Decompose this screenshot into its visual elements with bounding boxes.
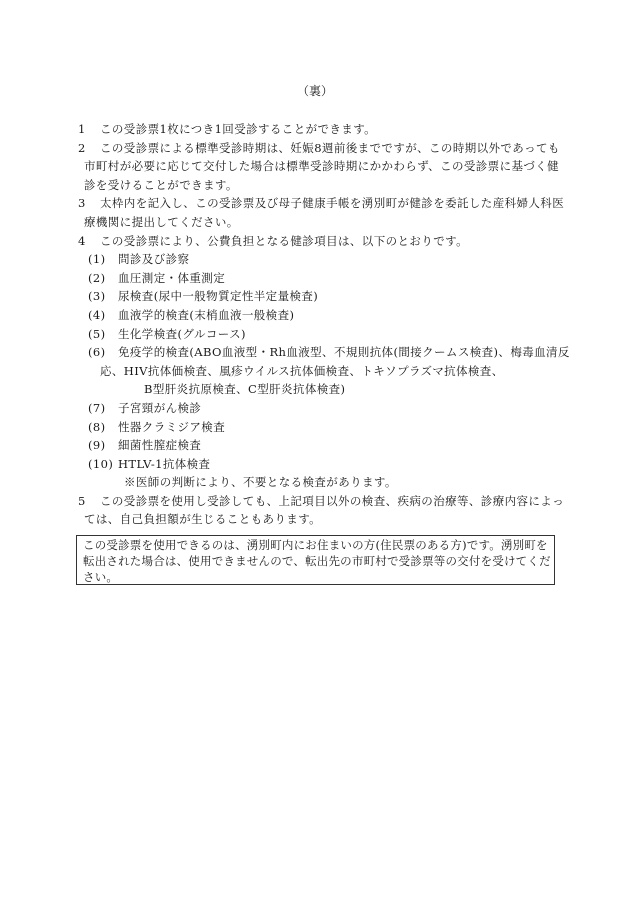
item-1-line-1: 1この受診票1枚につき1回受診することができます。 — [78, 120, 560, 139]
exam-item-number: (9) — [78, 436, 118, 455]
residency-notice-box: この受診票を使用できるのは、湧別町内にお住まいの方(住民票のある方)です。湧別町… — [76, 535, 555, 585]
item-number: 4 — [78, 232, 100, 251]
notice-line-3: さい。 — [83, 569, 548, 585]
item-4-line-1: 4この受診票により、公費負担となる健診項目は、以下のとおりです。 — [78, 232, 560, 251]
exam-item-number: (7) — [78, 399, 118, 418]
item-2-line-1: 2この受診票による標準受診時期は、妊娠8週前後までですが、この時期以外であっても — [78, 139, 560, 158]
notice-line-1: この受診票を使用できるのは、湧別町内にお住まいの方(住民票のある方)です。湧別町… — [83, 537, 548, 553]
item-text: この受診票による標準受診時期は、妊娠8週前後までですが、この時期以外であっても — [100, 141, 560, 155]
exam-item-6-line-3: B型肝炎抗原検査、C型肝炎抗体検査) — [78, 380, 560, 399]
item-text: この受診票を使用し受診しても、上記項目以外の検査、疾病の治療等、診療内容によっ — [100, 494, 564, 508]
exam-item-text: 問診及び診察 — [118, 252, 189, 266]
item-3-line-1: 3太枠内を記入し、この受診票及び母子健康手帳を湧別町が健診を委託した産科婦人科医 — [78, 194, 560, 213]
exam-item-number: (3) — [78, 287, 118, 306]
item-3-line-2: 療機関に提出してください。 — [78, 213, 560, 232]
exam-item-number: (8) — [78, 418, 118, 437]
item-number: 5 — [78, 492, 100, 511]
item-2-line-2: 市町村が必要に応じて交付した場合は標準受診時期にかかわらず、この受診票に基づく健 — [78, 157, 560, 176]
exam-item-text: 細菌性膣症検査 — [118, 438, 201, 452]
exam-item-6-line-2: 応、HIV抗体価検査、風疹ウイルス抗体価検査、トキソプラズマ抗体検査、 — [78, 362, 560, 381]
exam-item-number: (6) — [78, 343, 118, 362]
exam-item-text: 免疫学的検査(ABO血液型・Rh血液型、不規則抗体(間接クームス検査)、梅毒血清… — [118, 345, 570, 359]
instructions-list: 1この受診票1枚につき1回受診することができます。 2この受診票による標準受診時… — [78, 120, 560, 529]
exam-item-number: (4) — [78, 306, 118, 325]
item-number: 1 — [78, 120, 100, 139]
exam-item-text: 性器クラミジア検査 — [118, 420, 225, 434]
item-text: 太枠内を記入し、この受診票及び母子健康手帳を湧別町が健診を委託した産科婦人科医 — [100, 196, 564, 210]
exam-item-text: 子宮頸がん検診 — [118, 401, 201, 415]
item-number: 2 — [78, 139, 100, 158]
exam-item-7: (7)子宮頸がん検診 — [78, 399, 560, 418]
page-header-back-side: （裏） — [0, 83, 630, 99]
exam-item-4: (4)血液学的検査(末梢血液一般検査) — [78, 306, 560, 325]
exam-item-text: 血液学的検査(末梢血液一般検査) — [118, 308, 294, 322]
item-text: この受診票1枚につき1回受診することができます。 — [100, 122, 376, 136]
exam-item-6-line-1: (6)免疫学的検査(ABO血液型・Rh血液型、不規則抗体(間接クームス検査)、梅… — [78, 343, 560, 362]
exam-item-text: HTLV-1抗体検査 — [118, 457, 210, 471]
exam-item-10: (10)HTLV-1抗体検査 — [78, 455, 560, 474]
exam-item-5: (5)生化学検査(グルコース) — [78, 325, 560, 344]
item-text: この受診票により、公費負担となる健診項目は、以下のとおりです。 — [100, 234, 468, 248]
exam-item-8: (8)性器クラミジア検査 — [78, 418, 560, 437]
exam-item-text: 血圧測定・体重測定 — [118, 271, 225, 285]
item-2-line-3: 診を受けることができます。 — [78, 176, 560, 195]
item-5-line-2: ては、自己負担額が生じることもあります。 — [78, 510, 560, 529]
exam-item-number: (10) — [78, 455, 118, 474]
exam-item-number: (1) — [78, 250, 118, 269]
item-number: 3 — [78, 194, 100, 213]
item-5-line-1: 5この受診票を使用し受診しても、上記項目以外の検査、疾病の治療等、診療内容によっ — [78, 492, 560, 511]
exam-item-text: 生化学検査(グルコース) — [118, 327, 246, 341]
notice-line-2: 転出された場合は、使用できませんので、転出先の市町村で受診票等の交付を受けてくだ — [83, 553, 548, 569]
exam-item-9: (9)細菌性膣症検査 — [78, 436, 560, 455]
exam-item-number: (2) — [78, 269, 118, 288]
exam-item-2: (2)血圧測定・体重測定 — [78, 269, 560, 288]
exam-note: ※医師の判断により、不要となる検査があります。 — [78, 473, 560, 492]
exam-item-text: 尿検査(尿中一般物質定性半定量検査) — [118, 289, 318, 303]
exam-item-number: (5) — [78, 325, 118, 344]
exam-item-3: (3)尿検査(尿中一般物質定性半定量検査) — [78, 287, 560, 306]
exam-item-1: (1)問診及び診察 — [78, 250, 560, 269]
